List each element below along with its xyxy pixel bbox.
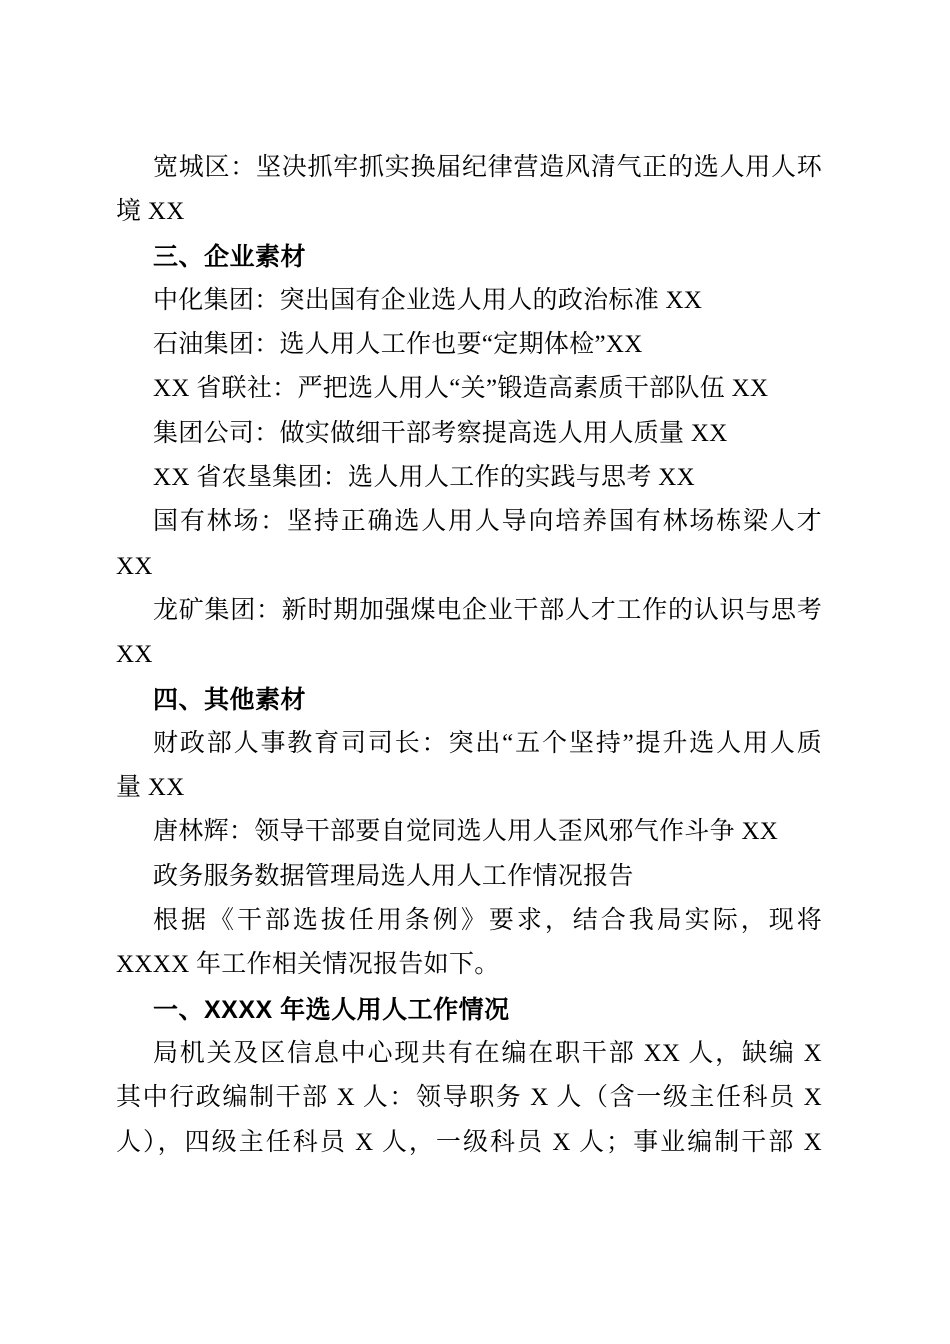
body-line: XX 省联社：严把选人用人“关”锻造高素质干部队伍 XX bbox=[116, 367, 822, 411]
body-line: 其中行政编制干部 X 人：领导职务 X 人（含一级主任科员 X bbox=[116, 1076, 822, 1120]
body-line: 财政部人事教育司司长：突出“五个坚持”提升选人用人质 bbox=[116, 722, 822, 766]
heading-line: 四、其他素材 bbox=[116, 678, 822, 722]
body-line: 集团公司：做实做细干部考察提高选人用人质量 XX bbox=[116, 412, 822, 456]
body-line: 人），四级主任科员 X 人，一级科员 X 人；事业编制干部 X 人： bbox=[116, 1121, 822, 1165]
body-line: XX bbox=[116, 545, 822, 589]
body-line: 中化集团：突出国有企业选人用人的政治标准 XX bbox=[116, 279, 822, 323]
body-line: 宽城区：坚决抓牢抓实换届纪律营造风清气正的选人用人环 bbox=[116, 146, 822, 190]
body-line: 量 XX bbox=[116, 766, 822, 810]
heading-line: 三、企业素材 bbox=[116, 235, 822, 279]
body-line: 政务服务数据管理局选人用人工作情况报告 bbox=[116, 855, 822, 899]
heading-line: 一、XXXX 年选人用人工作情况 bbox=[116, 988, 822, 1032]
body-line: XX bbox=[116, 633, 822, 677]
body-line: XX 省农垦集团：选人用人工作的实践与思考 XX bbox=[116, 456, 822, 500]
body-line: XXXX 年工作相关情况报告如下。 bbox=[116, 943, 822, 987]
document-text-area: 宽城区：坚决抓牢抓实换届纪律营造风清气正的选人用人环境 XX三、企业素材中化集团… bbox=[116, 146, 822, 1165]
body-line: 国有林场：坚持正确选人用人导向培养国有林场栋梁人才 bbox=[116, 500, 822, 544]
body-line: 唐林辉：领导干部要自觉同选人用人歪风邪气作斗争 XX bbox=[116, 810, 822, 854]
document-page: 宽城区：坚决抓牢抓实换届纪律营造风清气正的选人用人环境 XX三、企业素材中化集团… bbox=[0, 0, 950, 1344]
body-line: 根据《干部选拔任用条例》要求，结合我局实际，现将 bbox=[116, 899, 822, 943]
body-line: 境 XX bbox=[116, 190, 822, 234]
body-line: 龙矿集团：新时期加强煤电企业干部人才工作的认识与思考 bbox=[116, 589, 822, 633]
body-line: 石油集团：选人用人工作也要“定期体检”XX bbox=[116, 323, 822, 367]
body-line: 局机关及区信息中心现共有在编在职干部 XX 人，缺编 X 人； bbox=[116, 1032, 822, 1076]
